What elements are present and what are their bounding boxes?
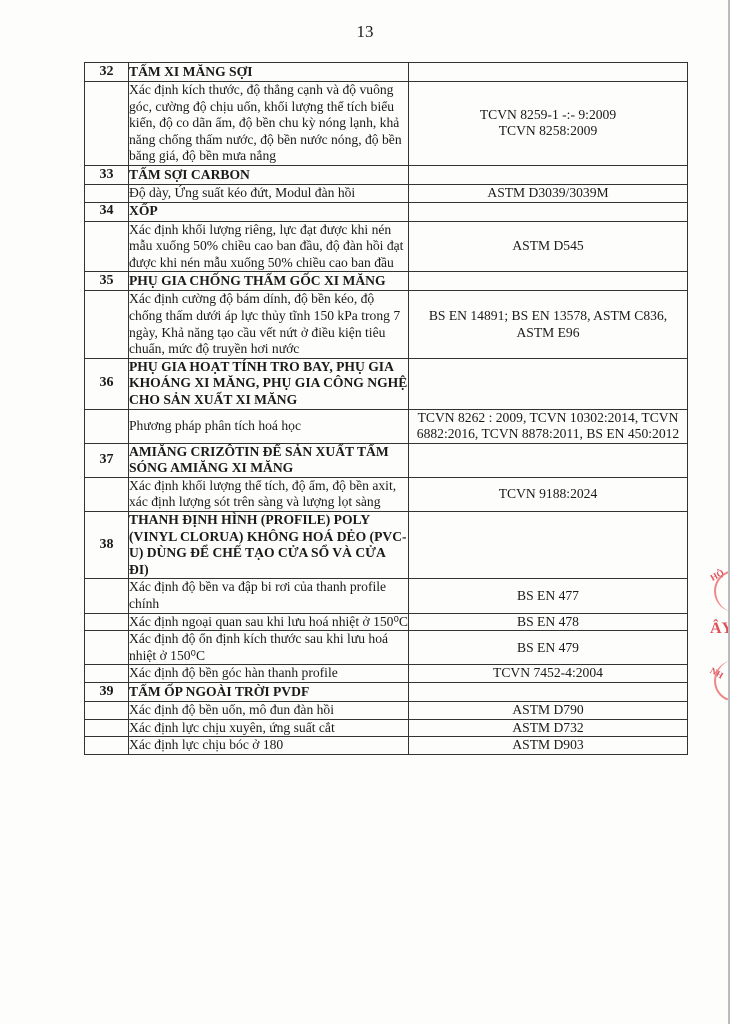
standard-line: TCVN 7452-4:2004 <box>409 665 687 682</box>
group-title: TẤM ỐP NGOÀI TRỜI PVDF <box>129 683 409 702</box>
group-row: 34XỐP <box>85 202 688 221</box>
standard-line: ASTM D790 <box>409 702 687 719</box>
test-item-row: Xác định độ bền va đập bi rơi của thanh … <box>85 579 688 613</box>
official-stamp: HỘ ÂY NH <box>708 560 730 700</box>
test-method-name: Xác định lực chịu xuyên, ứng suất cắt <box>129 719 409 737</box>
group-title: THANH ĐỊNH HÌNH (PROFILE) POLY (VINYL CL… <box>129 512 409 579</box>
test-method-name: Phương pháp phân tích hoá học <box>129 409 409 443</box>
standard-line: BS EN 14891; BS EN 13578, ASTM C836, AST… <box>409 308 687 341</box>
group-number: 35 <box>85 272 129 291</box>
group-standard-empty <box>409 512 688 579</box>
test-method-name: Độ dày, Ứng suất kéo đứt, Modul đàn hồi <box>129 184 409 202</box>
group-title: AMIĂNG CRIZÔTIN ĐỂ SẢN XUẤT TẤM SÓNG AMI… <box>129 443 409 477</box>
item-number-empty <box>85 184 129 202</box>
item-number-empty <box>85 221 129 272</box>
test-method-name: Xác định độ ổn định kích thước sau khi l… <box>129 631 409 665</box>
group-title: PHỤ GIA CHỐNG THẤM GỐC XI MĂNG <box>129 272 409 291</box>
test-item-row: Xác định lực chịu bóc ở 180ASTM D903 <box>85 737 688 755</box>
standard-line: BS EN 479 <box>409 640 687 657</box>
standard-line: ASTM D3039/3039M <box>409 185 687 202</box>
test-method-name: Xác định khối lượng riêng, lực đạt được … <box>129 221 409 272</box>
test-method-name: Xác định độ bền uốn, mô đun đàn hồi <box>129 702 409 720</box>
item-number-empty <box>85 82 129 166</box>
test-item-row: Xác định khối lượng thể tích, độ ẩm, độ … <box>85 477 688 511</box>
test-method-name: Xác định cường độ bám dính, độ bền kéo, … <box>129 291 409 358</box>
test-standard: TCVN 8262 : 2009, TCVN 10302:2014, TCVN … <box>409 409 688 443</box>
test-standard: ASTM D3039/3039M <box>409 184 688 202</box>
group-number: 37 <box>85 443 129 477</box>
test-item-row: Xác định kích thước, độ thẳng cạnh và độ… <box>85 82 688 166</box>
standard-line: ASTM D545 <box>409 238 687 255</box>
group-title: TẤM SỢI CARBON <box>129 165 409 184</box>
test-item-row: Xác định khối lượng riêng, lực đạt được … <box>85 221 688 272</box>
test-item-row: Độ dày, Ứng suất kéo đứt, Modul đàn hồiA… <box>85 184 688 202</box>
test-method-name: Xác định lực chịu bóc ở 180 <box>129 737 409 755</box>
standard-line: TCVN 8262 : 2009, TCVN 10302:2014, TCVN … <box>409 410 687 443</box>
group-number: 34 <box>85 202 129 221</box>
group-standard-empty <box>409 358 688 409</box>
test-standard: BS EN 478 <box>409 613 688 631</box>
standard-line: ASTM D732 <box>409 720 687 737</box>
test-item-row: Xác định độ bền góc hàn thanh profileTCV… <box>85 665 688 683</box>
test-item-row: Xác định độ ổn định kích thước sau khi l… <box>85 631 688 665</box>
test-standard: BS EN 479 <box>409 631 688 665</box>
group-standard-empty <box>409 443 688 477</box>
item-number-empty <box>85 631 129 665</box>
test-item-row: Xác định cường độ bám dính, độ bền kéo, … <box>85 291 688 358</box>
test-standard: BS EN 477 <box>409 579 688 613</box>
test-method-name: Xác định khối lượng thể tích, độ ẩm, độ … <box>129 477 409 511</box>
test-method-name: Xác định độ bền góc hàn thanh profile <box>129 665 409 683</box>
page-number: 13 <box>0 22 730 42</box>
test-standards-table: 32TẤM XI MĂNG SỢIXác định kích thước, độ… <box>84 62 688 755</box>
group-standard-empty <box>409 165 688 184</box>
test-standard: TCVN 8259-1 -:- 9:2009TCVN 8258:2009 <box>409 82 688 166</box>
group-title: PHỤ GIA HOẠT TÍNH TRO BAY, PHỤ GIA KHOÁN… <box>129 358 409 409</box>
test-standard: ASTM D790 <box>409 702 688 720</box>
test-item-row: Xác định ngoại quan sau khi lưu hoá nhiệ… <box>85 613 688 631</box>
group-row: 35PHỤ GIA CHỐNG THẤM GỐC XI MĂNG <box>85 272 688 291</box>
group-number: 39 <box>85 683 129 702</box>
item-number-empty <box>85 477 129 511</box>
test-standard: ASTM D732 <box>409 719 688 737</box>
group-number: 33 <box>85 165 129 184</box>
group-number: 36 <box>85 358 129 409</box>
standard-line: TCVN 9188:2024 <box>409 486 687 503</box>
item-number-empty <box>85 409 129 443</box>
group-row: 37AMIĂNG CRIZÔTIN ĐỂ SẢN XUẤT TẤM SÓNG A… <box>85 443 688 477</box>
group-row: 36PHỤ GIA HOẠT TÍNH TRO BAY, PHỤ GIA KHO… <box>85 358 688 409</box>
group-title: XỐP <box>129 202 409 221</box>
stamp-text-middle: ÂY <box>710 620 730 638</box>
test-standard: BS EN 14891; BS EN 13578, ASTM C836, AST… <box>409 291 688 358</box>
item-number-empty <box>85 702 129 720</box>
test-method-name: Xác định độ bền va đập bi rơi của thanh … <box>129 579 409 613</box>
test-standard: ASTM D545 <box>409 221 688 272</box>
group-title: TẤM XI MĂNG SỢI <box>129 63 409 82</box>
test-item-row: Xác định lực chịu xuyên, ứng suất cắtAST… <box>85 719 688 737</box>
item-number-empty <box>85 665 129 683</box>
standard-line: TCVN 8259-1 -:- 9:2009 <box>409 107 687 124</box>
test-standard: TCVN 7452-4:2004 <box>409 665 688 683</box>
group-standard-empty <box>409 272 688 291</box>
standard-line: TCVN 8258:2009 <box>409 123 687 140</box>
item-number-empty <box>85 737 129 755</box>
test-method-name: Xác định kích thước, độ thẳng cạnh và độ… <box>129 82 409 166</box>
test-item-row: Xác định độ bền uốn, mô đun đàn hồiASTM … <box>85 702 688 720</box>
group-standard-empty <box>409 63 688 82</box>
standard-line: BS EN 477 <box>409 588 687 605</box>
test-method-name: Xác định ngoại quan sau khi lưu hoá nhiệ… <box>129 613 409 631</box>
item-number-empty <box>85 291 129 358</box>
item-number-empty <box>85 719 129 737</box>
standard-line: BS EN 478 <box>409 614 687 631</box>
item-number-empty <box>85 579 129 613</box>
group-number: 38 <box>85 512 129 579</box>
group-row: 38THANH ĐỊNH HÌNH (PROFILE) POLY (VINYL … <box>85 512 688 579</box>
test-standard: TCVN 9188:2024 <box>409 477 688 511</box>
group-row: 32TẤM XI MĂNG SỢI <box>85 63 688 82</box>
test-item-row: Phương pháp phân tích hoá họcTCVN 8262 :… <box>85 409 688 443</box>
test-standard: ASTM D903 <box>409 737 688 755</box>
item-number-empty <box>85 613 129 631</box>
group-row: 39TẤM ỐP NGOÀI TRỜI PVDF <box>85 683 688 702</box>
standard-line: ASTM D903 <box>409 737 687 754</box>
group-standard-empty <box>409 202 688 221</box>
group-row: 33TẤM SỢI CARBON <box>85 165 688 184</box>
group-standard-empty <box>409 683 688 702</box>
group-number: 32 <box>85 63 129 82</box>
